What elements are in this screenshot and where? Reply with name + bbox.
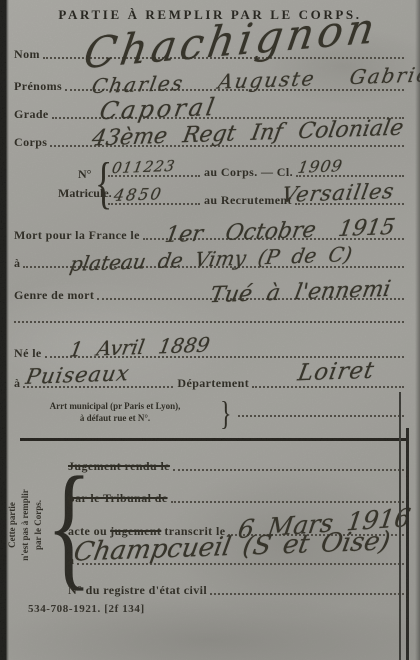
field-mort-lieu-label: à <box>14 257 23 269</box>
field-mort-lieu-value: plateau de Vimy (P de C) <box>68 244 353 274</box>
card-right-fold-line <box>399 392 401 660</box>
field-grade-value: Caporal <box>98 95 219 123</box>
field-naissance-lieu-label: à <box>14 377 23 389</box>
field-jugement-label: Jugement rendu le <box>68 460 173 472</box>
field-grade-label: Grade <box>14 108 52 120</box>
dotted-line <box>238 415 404 417</box>
death-record-card: PARTIE À REMPLIR PAR LE CORPS. Nom Chach… <box>0 0 420 660</box>
card-left-edge <box>0 0 9 660</box>
card-right-edge-shadow <box>415 0 420 660</box>
print-reference-code: 534-708-1921. [2f 134] <box>28 603 145 615</box>
field-arr-municipal-label: Arrt municipal (pr Paris et Lyon), à déf… <box>14 401 216 424</box>
field-matricule-corps-value: 011223 <box>111 159 177 176</box>
field-nom-label: Nom <box>14 48 43 60</box>
field-registre: N° du registre d'état civil <box>68 584 404 596</box>
side-note-vertical: Cette partie n'est pas à remplir par le … <box>6 460 50 590</box>
field-mort-date-value: 1er Octobre 1915 <box>163 217 396 247</box>
dotted-line <box>171 501 404 503</box>
field-recrutement-place-value: Versailles <box>280 181 396 206</box>
empty-continuation-line <box>14 321 404 324</box>
arr-municipal-line2: à défaut rue et N°. <box>14 413 216 425</box>
field-naissance-date-label: Né le <box>14 347 45 359</box>
field-matricule-recrutement-value: 4850 <box>113 186 165 204</box>
field-naissance-lieu-value: Puiseaux <box>24 363 131 388</box>
dotted-line <box>252 386 404 388</box>
field-mort-date-label: Mort pour la France le <box>14 229 143 241</box>
field-departement-label: Département <box>177 377 252 389</box>
field-matricule-label-no: N° <box>78 167 91 182</box>
arr-municipal-line1: Arrt municipal (pr Paris et Lyon), <box>14 401 216 413</box>
dotted-line <box>173 469 404 471</box>
card-right-edge-line <box>406 428 409 660</box>
field-departement-value: Loiret <box>296 360 376 386</box>
field-genre-mort-label: Genre de mort <box>14 289 97 301</box>
field-jugement: Jugement rendu le <box>68 460 404 472</box>
section-divider-rule <box>20 438 406 441</box>
dotted-line <box>210 593 404 595</box>
dotted-line <box>14 321 404 323</box>
field-corps-label: Corps <box>14 136 50 148</box>
field-transcription-label-part1: acte ou <box>68 525 110 537</box>
field-classe-value: 1909 <box>297 158 345 176</box>
field-registre-label: N° du registre d'état civil <box>68 584 210 596</box>
side-note-line3: par le Corps. <box>32 460 45 590</box>
side-note-line2: n'est pas à remplir <box>19 460 32 590</box>
field-au-corps-label: au Corps. — Cl. <box>204 166 296 178</box>
field-tribunal-label: par le Tribunal de <box>68 492 171 504</box>
field-tribunal: par le Tribunal de <box>68 492 404 504</box>
arr-municipal-brace: } <box>220 398 232 432</box>
field-genre-mort-value: Tué à l'ennemi <box>208 279 392 307</box>
field-prenoms-label: Prénoms <box>14 80 65 92</box>
field-naissance-date-value: 1 Avril 1889 <box>68 334 211 359</box>
